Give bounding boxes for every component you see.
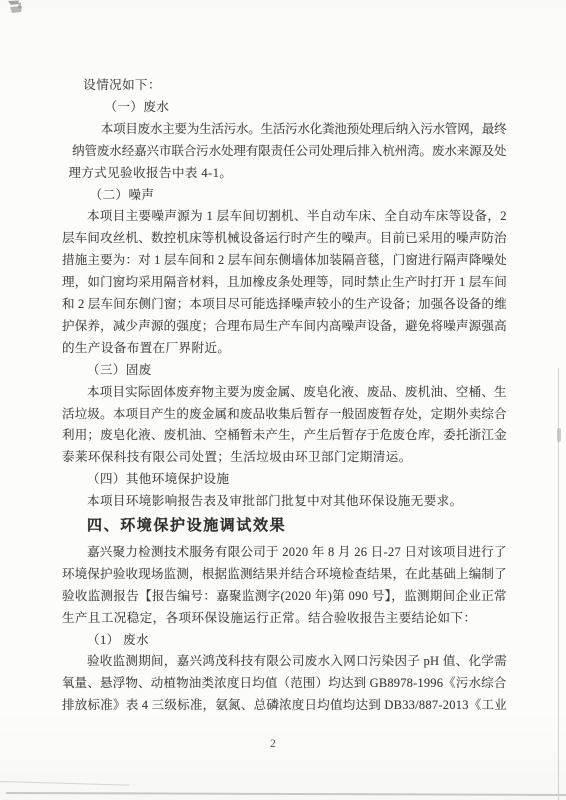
text-line: （二）噪声 <box>90 185 155 207</box>
document-body: 设情况如下：（一）废水本项目废水主要为生活污水。生活污水化粪池预处理后纳入污水管… <box>0 0 566 800</box>
text-line: 纳管废水经嘉兴市联合污水处理有限责任公司处理后排入杭州湾。废水来源及处 <box>72 141 506 163</box>
text-line: 利用；废皂化液、废机油、空桶暂未产生，产生后暂存于危废仓库，委托浙江金 <box>62 425 507 447</box>
section-heading: 四、环境保护设施调试效果 <box>87 516 286 538</box>
text-line: 验收监测报告【报告编号：嘉聚监测字(2020 年)第 090 号】，监测期间企业… <box>62 586 507 608</box>
text-line: （三）固废 <box>87 360 152 382</box>
text-line: 和 2 层车间东侧门窗；本项目尽可能选择噪声较小的生产设备；加强各设备的维 <box>62 294 507 316</box>
text-line: 环境保护验收现场监测，根据监测结果并结合环境检查结果，在此基础上编制了 <box>62 564 507 586</box>
text-line: 本项目主要噪声源为 1 层车间切割机、半自动车床、全自动车床等设备，2 <box>87 206 507 228</box>
text-line: 泰莱环保科技有限公司处置；生活垃圾由环卫部门定期清运。 <box>62 447 412 469</box>
text-line: （一）废水 <box>105 97 170 119</box>
text-line: 措施主要为：对 1 层车间和 2 层车间东侧墙体加装隔音毯，门窗进行隔声降噪处 <box>62 250 507 272</box>
text-line: 本项目环境影响报告表及审批部门批复中对其他环保设施无要求。 <box>87 491 463 513</box>
text-line: 护保养，减少声源的强度；合理布局生产车间内高噪声设备，避免将噪声源强高 <box>62 316 507 338</box>
text-line: 活垃圾。本项目产生的废金属和废品收集后暂存一般固废暂存处，定期外卖综合 <box>62 404 507 426</box>
text-line: 嘉兴聚力检测技术服务有限公司于 2020 年 8 月 26 日-27 日对该项目… <box>87 542 507 564</box>
text-line: （四）其他环境保护设施 <box>87 469 229 491</box>
text-line: 的生产设备布置在厂界附近。 <box>62 338 230 360</box>
page-number: 2 <box>0 738 546 750</box>
text-line: 本项目实际固体废弃物主要为废金属、废皂化液、废品、废机油、空桶、生 <box>87 382 507 404</box>
text-line: 理方式见验收报告中表 4-1。 <box>68 163 232 185</box>
text-line: 氧量、悬浮物、动植物油类浓度日均值（范围）均达到 GB8978-1996《污水综… <box>62 673 507 695</box>
scan-smudge-right <box>557 428 561 442</box>
scanned-document-page: 设情况如下：（一）废水本项目废水主要为生活污水。生活污水化粪池预处理后纳入污水管… <box>0 0 566 800</box>
text-line: 生产且工况稳定，各项环保设施运行正常。结合验收报告主要结论如下： <box>62 608 476 630</box>
text-line: 排放标准》表 4 三级标准，氨氮、总磷浓度日均值均达到 DB33/887-201… <box>62 695 507 717</box>
text-line: 层车间攻丝机、数控机床等机械设备运行时产生的噪声。目前已采用的噪声防治 <box>62 228 507 250</box>
text-line: 设情况如下： <box>83 75 161 97</box>
text-line: （1） 废水 <box>87 630 149 652</box>
text-line: 理，如门窗均采用隔音材料，且加橡皮条处理等，同时禁止生产时打开 1 层车间 <box>62 272 507 294</box>
text-line: 本项目废水主要为生活污水。生活污水化粪池预处理后纳入污水管网，最终 <box>101 119 507 141</box>
text-line: 验收监测期间，嘉兴鸿茂科技有限公司废水入网口污染因子 pH 值、化学需 <box>87 651 507 673</box>
